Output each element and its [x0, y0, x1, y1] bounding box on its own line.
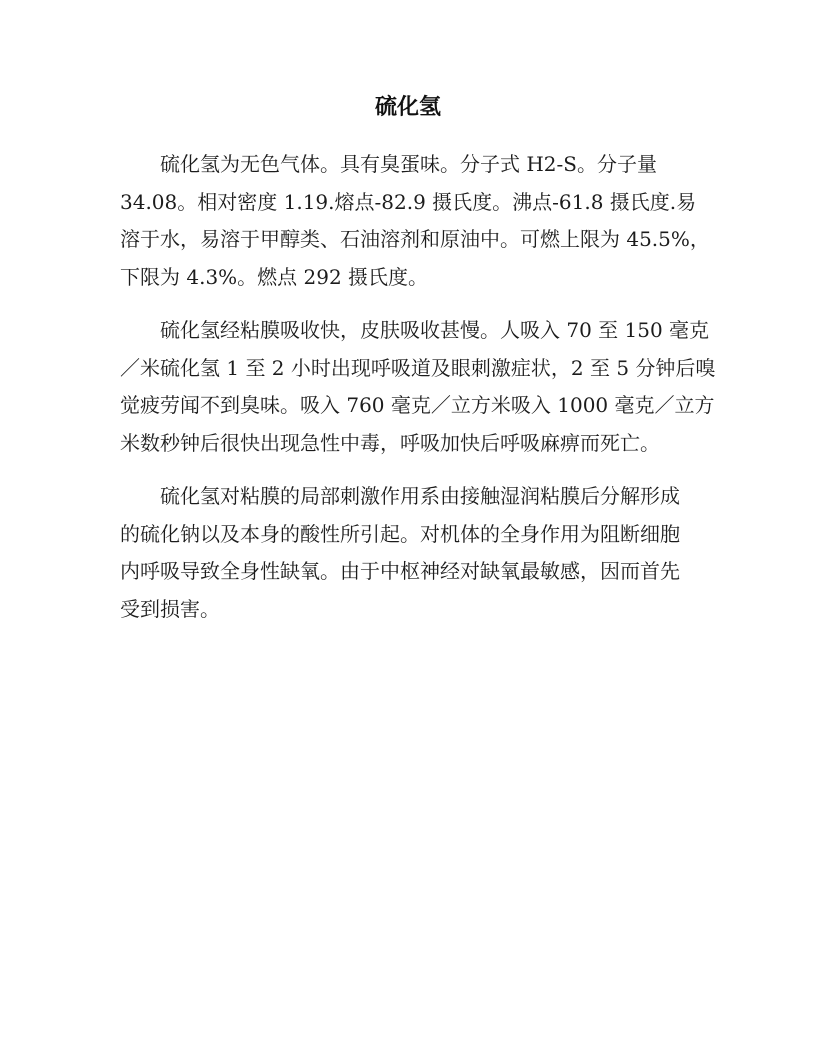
paragraph: 硫化氢对粘膜的局部刺激作用系由接触湿润粘膜后分解形成的硫化钠以及本身的酸性所引起…: [120, 478, 696, 628]
text-line: 下限为 4.3%。燃点 292 摄氏度。: [120, 259, 696, 297]
text-line: 硫化氢为无色气体。具有臭蛋味。分子式 H2-S。分子量: [120, 146, 696, 184]
document-page: 硫化氢 硫化氢为无色气体。具有臭蛋味。分子式 H2-S。分子量34.08。相对密…: [0, 0, 816, 1056]
text-line: 受到损害。: [120, 591, 696, 629]
paragraph: 硫化氢经粘膜吸收快，皮肤吸收甚慢。人吸入 70 至 150 毫克／米硫化氢 1 …: [120, 312, 696, 462]
page-title: 硫化氢: [120, 92, 696, 122]
text-line: 硫化氢对粘膜的局部刺激作用系由接触湿润粘膜后分解形成: [120, 478, 696, 516]
document-content: 硫化氢 硫化氢为无色气体。具有臭蛋味。分子式 H2-S。分子量34.08。相对密…: [120, 92, 696, 644]
text-line: 34.08。相对密度 1.19.熔点-82.9 摄氏度。沸点-61.8 摄氏度.…: [120, 184, 696, 222]
document-body: 硫化氢为无色气体。具有臭蛋味。分子式 H2-S。分子量34.08。相对密度 1.…: [120, 146, 696, 628]
text-line: 的硫化钠以及本身的酸性所引起。对机体的全身作用为阻断细胞: [120, 516, 696, 554]
text-line: ／米硫化氢 1 至 2 小时出现呼吸道及眼刺激症状，2 至 5 分钟后嗅: [120, 350, 696, 388]
text-line: 觉疲劳闻不到臭味。吸入 760 毫克／立方米吸入 1000 毫克／立方: [120, 387, 696, 425]
text-line: 溶于水，易溶于甲醇类、石油溶剂和原油中。可燃上限为 45.5%，: [120, 221, 696, 259]
paragraph: 硫化氢为无色气体。具有臭蛋味。分子式 H2-S。分子量34.08。相对密度 1.…: [120, 146, 696, 296]
text-line: 米数秒钟后很快出现急性中毒，呼吸加快后呼吸麻痹而死亡。: [120, 425, 696, 463]
text-line: 内呼吸导致全身性缺氧。由于中枢神经对缺氧最敏感，因而首先: [120, 553, 696, 591]
text-line: 硫化氢经粘膜吸收快，皮肤吸收甚慢。人吸入 70 至 150 毫克: [120, 312, 696, 350]
